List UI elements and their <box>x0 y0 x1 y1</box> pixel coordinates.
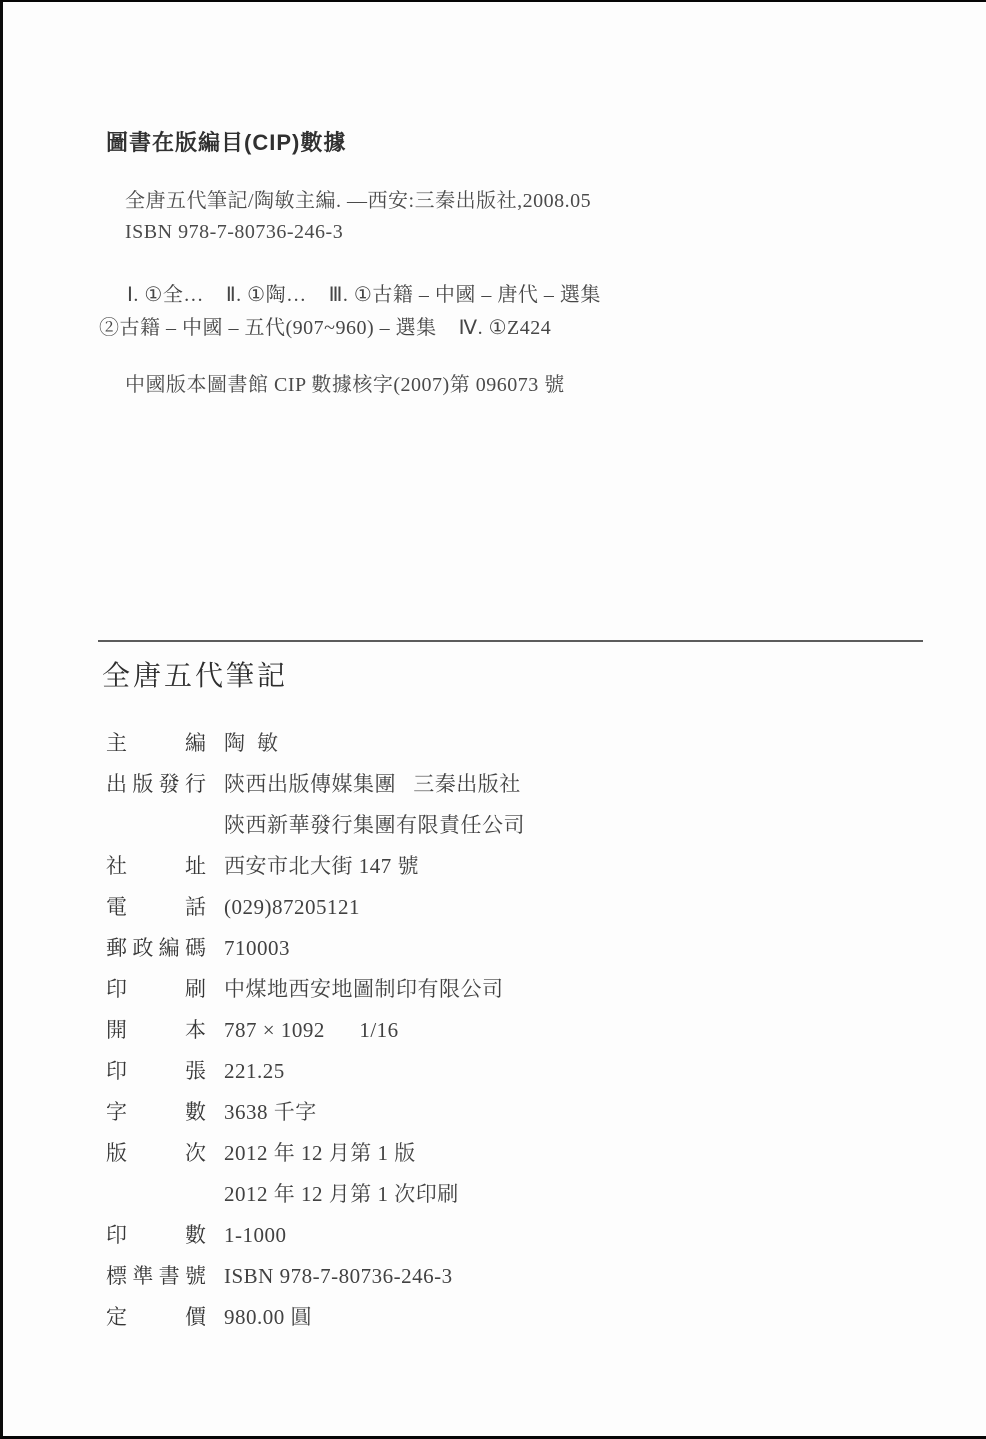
table-row: 郵政編碼 710003 <box>106 928 986 969</box>
row-value: 2012 年 12 月第 1 次印刷 <box>224 1174 459 1215</box>
table-row: 主編 陶 敏 <box>106 723 986 764</box>
row-value: 2012 年 12 月第 1 版 <box>224 1133 416 1174</box>
row-label: 社址 <box>106 846 206 887</box>
cip-registry-line: 中國版本圖書館 CIP 數據核字(2007)第 096073 號 <box>125 372 926 398</box>
row-value: 陝西新華發行集團有限責任公司 <box>224 805 525 846</box>
row-value: 3638 千字 <box>224 1092 317 1133</box>
divider-rule <box>98 640 923 642</box>
row-label: 字數 <box>106 1092 206 1133</box>
table-row: 印刷 中煤地西安地圖制印有限公司 <box>106 969 986 1010</box>
table-row: 電話 (029)87205121 <box>106 887 986 928</box>
table-row: 印張 221.25 <box>106 1051 986 1092</box>
row-value: (029)87205121 <box>224 887 360 928</box>
table-row: 定價 980.00 圓 <box>106 1297 986 1338</box>
row-value: 中煤地西安地圖制印有限公司 <box>224 969 504 1010</box>
row-label: 郵政編碼 <box>106 928 206 969</box>
table-row: 社址 西安市北大街 147 號 <box>106 846 986 887</box>
row-label: 開本 <box>106 1010 206 1051</box>
table-row: 開本 787 × 1092 1/16 <box>106 1010 986 1051</box>
row-value: 西安市北大街 147 號 <box>224 846 419 887</box>
row-label: 印數 <box>106 1215 206 1256</box>
row-value: 710003 <box>224 928 290 969</box>
cip-isbn-line: ISBN 978-7-80736-246-3 <box>125 217 926 248</box>
row-label: 主編 <box>106 723 206 764</box>
cip-classification-line: ②古籍 – 中國 – 五代(907~960) – 選集 Ⅳ. ①Z424 <box>99 312 926 345</box>
copyright-page: 圖書在版編目(CIP)數據 全唐五代筆記/陶敏主編. —西安:三秦出版社,200… <box>0 0 986 1439</box>
row-label: 電話 <box>106 887 206 928</box>
row-value: 221.25 <box>224 1051 285 1092</box>
row-value: 1-1000 <box>224 1215 287 1256</box>
table-row: 字數 3638 千字 <box>106 1092 986 1133</box>
cip-entry-line: 全唐五代筆記/陶敏主編. —西安:三秦出版社,2008.05 <box>125 186 926 217</box>
cip-classification-line: Ⅰ. ①全… Ⅱ. ①陶… Ⅲ. ①古籍 – 中國 – 唐代 – 選集 <box>127 279 926 312</box>
colophon-table: 主編 陶 敏 出版發行 陝西出版傳媒集團 三秦出版社 陝西新華發行集團有限責任公… <box>106 723 986 1338</box>
row-label: 印刷 <box>106 969 206 1010</box>
table-row: 出版發行 陝西出版傳媒集團 三秦出版社 <box>106 764 986 805</box>
cip-heading: 圖書在版編目(CIP)數據 <box>106 126 926 157</box>
cip-entry: 全唐五代筆記/陶敏主編. —西安:三秦出版社,2008.05 ISBN 978-… <box>125 186 926 248</box>
row-value: 陶 敏 <box>224 723 279 764</box>
row-value: 陝西出版傳媒集團 三秦出版社 <box>224 764 521 805</box>
row-label <box>106 1174 206 1215</box>
row-value: 787 × 1092 1/16 <box>224 1010 399 1051</box>
table-row: 版次 2012 年 12 月第 1 版 <box>106 1133 986 1174</box>
row-label <box>106 805 206 846</box>
row-label: 版次 <box>106 1133 206 1174</box>
cip-block: 圖書在版編目(CIP)數據 全唐五代筆記/陶敏主編. —西安:三秦出版社,200… <box>99 2 926 398</box>
table-row: 2012 年 12 月第 1 次印刷 <box>106 1174 986 1215</box>
book-title: 全唐五代筆記 <box>102 659 986 693</box>
cip-classification: Ⅰ. ①全… Ⅱ. ①陶… Ⅲ. ①古籍 – 中國 – 唐代 – 選集 ②古籍 … <box>99 279 926 345</box>
table-row: 陝西新華發行集團有限責任公司 <box>106 805 986 846</box>
row-label: 印張 <box>106 1051 206 1092</box>
table-row: 標準書號 ISBN 978-7-80736-246-3 <box>106 1256 986 1297</box>
table-row: 印數 1-1000 <box>106 1215 986 1256</box>
row-value: ISBN 978-7-80736-246-3 <box>224 1256 453 1297</box>
row-label: 出版發行 <box>106 764 206 805</box>
row-value: 980.00 圓 <box>224 1297 312 1338</box>
row-label: 標準書號 <box>106 1256 206 1297</box>
row-label: 定價 <box>106 1297 206 1338</box>
